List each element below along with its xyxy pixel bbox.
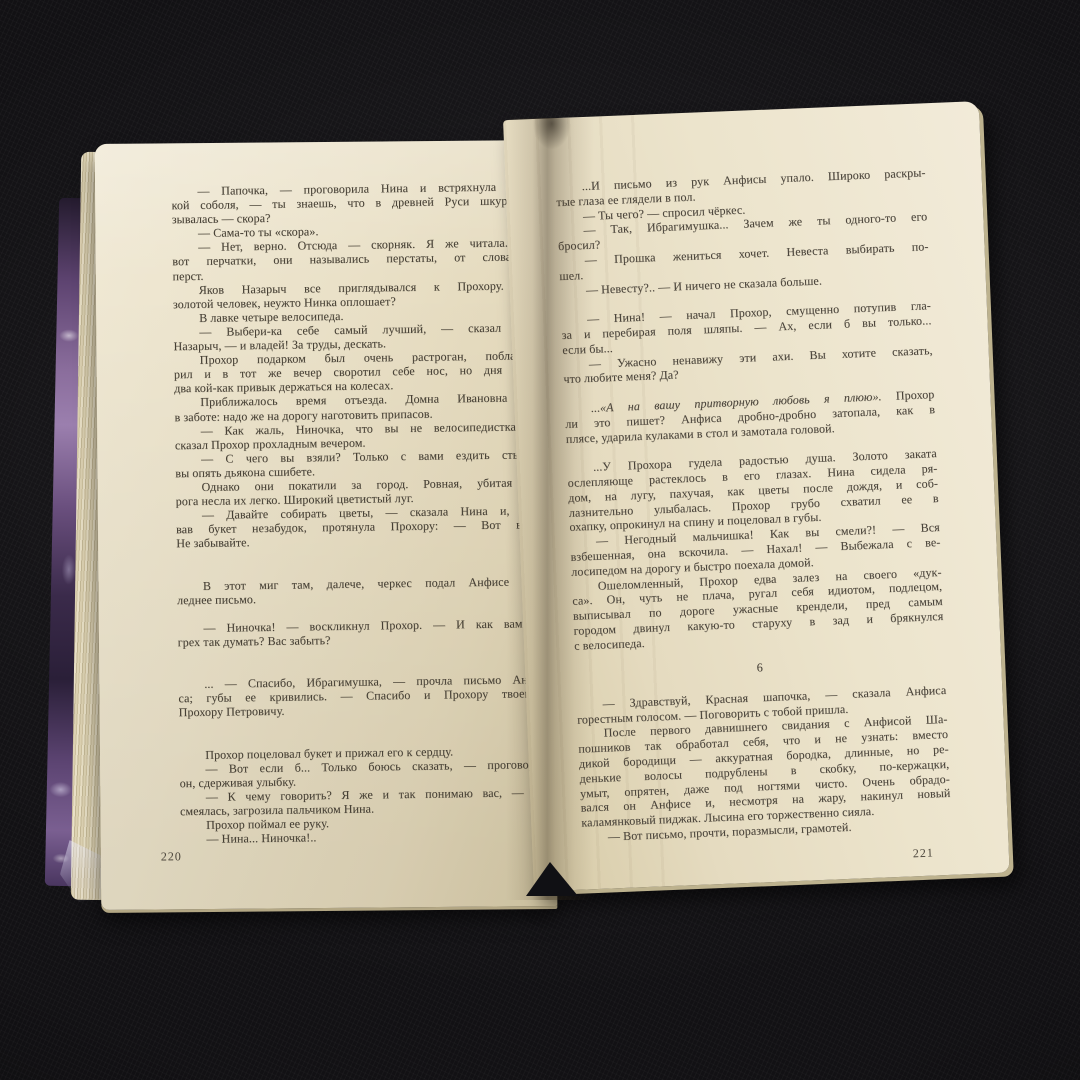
open-book: — Папочка, — проговорила Нина и встряхну…: [0, 0, 1080, 1080]
right-page: ...И письмо из рук Анфисы упало. Широко …: [503, 101, 1010, 891]
photo-background: — Папочка, — проговорила Нина и встряхну…: [0, 0, 1080, 1080]
right-page-number: 221: [913, 846, 935, 862]
gutter-bottom-notch: [526, 862, 578, 896]
left-page: — Папочка, — проговорила Нина и встряхну…: [95, 140, 558, 910]
left-page-text: — Папочка, — проговорила Нина и встряхну…: [171, 179, 548, 846]
left-page-number: 220: [161, 849, 182, 864]
right-page-text: ...И письмо из рук Анфисы упало. Широко …: [555, 165, 951, 845]
